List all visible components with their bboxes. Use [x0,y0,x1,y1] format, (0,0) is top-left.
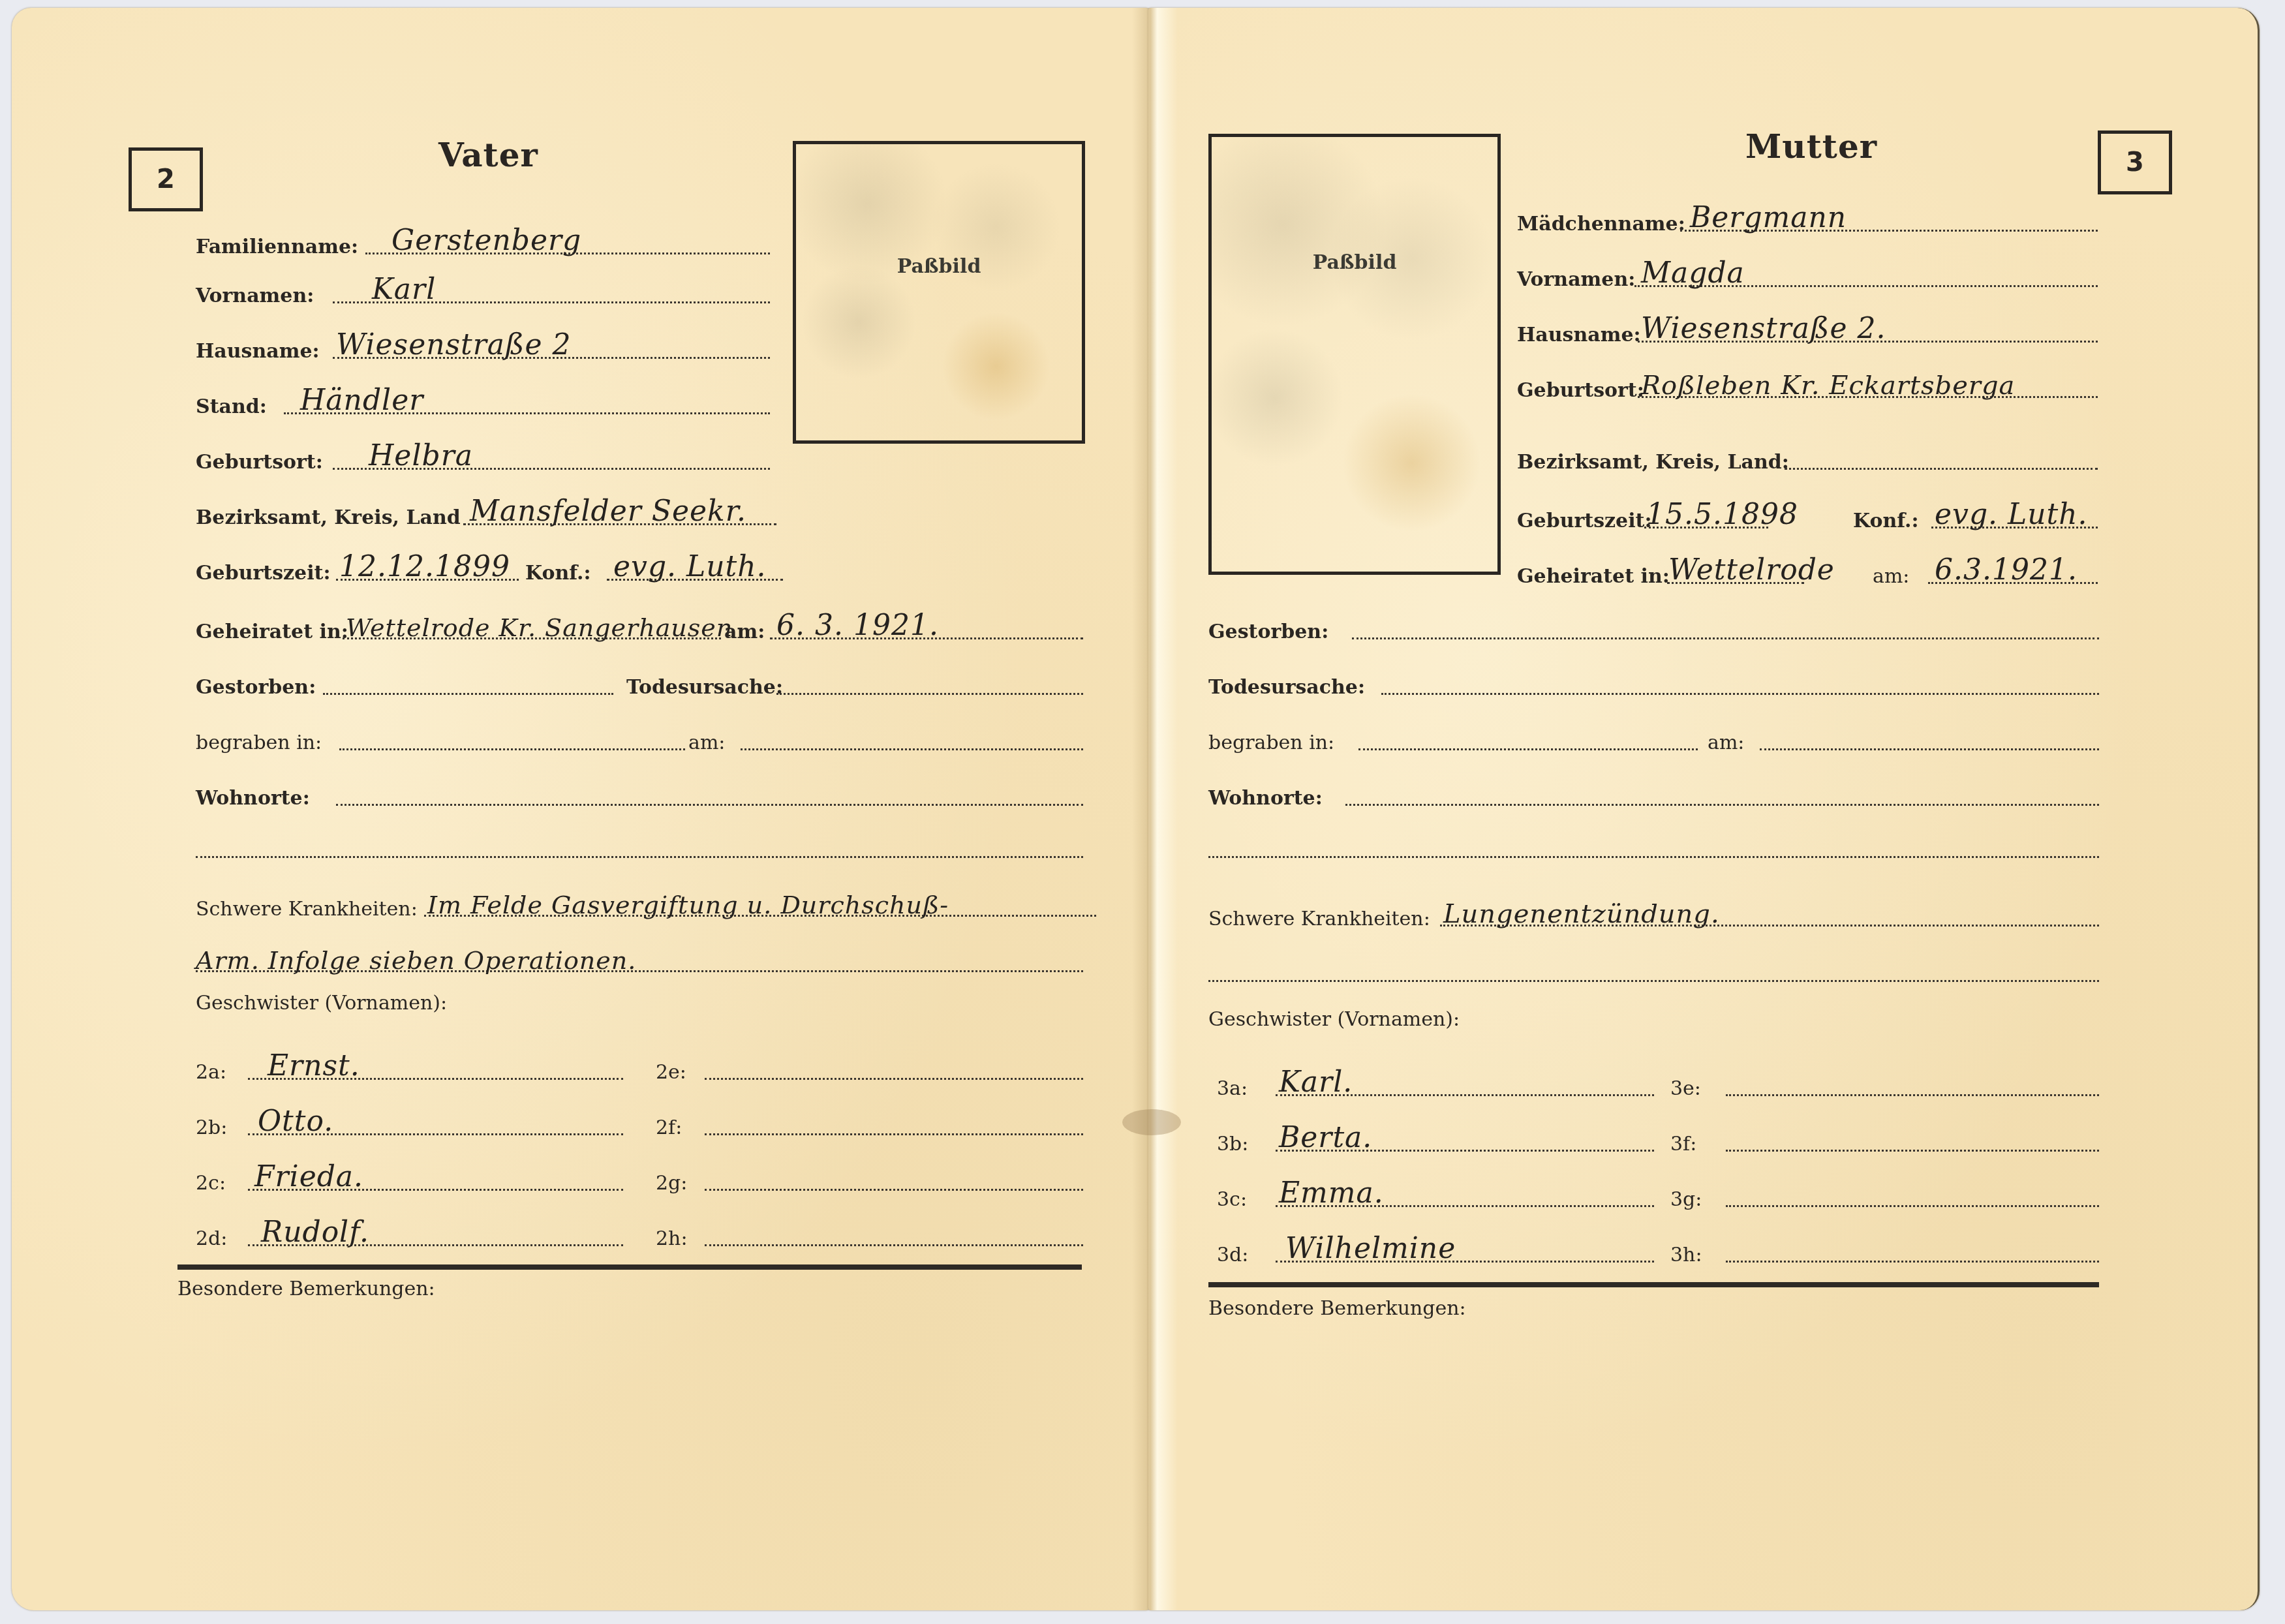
sibling-label: 2a: [196,1061,226,1084]
sibling-2b: 2b: Otto. 2f: [196,1103,1083,1142]
passport-photo-label: Paßbild [796,255,1082,278]
geburtsort-label: Geburtsort: [1517,379,1644,402]
wohnorte-label: Wohnorte: [1208,787,1323,810]
page-number: 3 [2126,147,2144,177]
vornamen-label: Vornamen: [1517,268,1635,291]
field-begraben: begraben in: am: [196,718,1083,757]
passport-photo-label: Paßbild [1212,251,1497,274]
page-number: 2 [157,164,175,194]
field-krankheiten-line2 [1208,949,2099,988]
field-maedchenname: Mädchenname: Bergmann [1517,199,2098,238]
sibling-label: 2f: [656,1116,682,1139]
gestorben-label: Gestorben: [1208,620,1328,643]
remarks-label: Besondere Bemerkungen: [177,1278,435,1300]
sibling-3d: 3d: Wilhelmine 3h: [1217,1230,2099,1269]
hausname-value[interactable]: Wiesenstraße 2 [336,328,571,361]
begraben-in-line [1358,748,1698,750]
field-geburtsort: Geburtsort: Helbra [196,437,770,476]
sibling-label: 2b: [196,1116,227,1139]
sibling-label: 2c: [196,1172,226,1195]
field-hausname: Hausname: Wiesenstraße 2 [196,326,770,365]
vornamen-value[interactable]: Karl [372,273,436,306]
sibling-label: 3b: [1217,1133,1248,1156]
sibling-line [705,1078,1083,1080]
begraben-am-line [1760,748,2099,750]
sibling-3b: 3b: Berta. 3f: [1217,1119,2099,1158]
sibling-line [705,1189,1083,1191]
sibling-2a: 2a: Ernst. 2e: [196,1047,1083,1086]
sibling-value[interactable]: Karl. [1279,1065,1353,1099]
krankheiten-value-line2[interactable]: Arm. Infolge sieben Operationen. [196,946,636,975]
sibling-label: 3g: [1670,1188,1702,1211]
field-krankheiten: Schwere Krankheiten: Im Felde Gasvergift… [196,884,1096,923]
todesursache-line [1381,693,2099,695]
begraben-in-line [339,748,685,750]
sibling-3a: 3a: Karl. 3e: [1217,1064,2099,1103]
gestorben-line [1352,637,2099,639]
todesursache-label: Todesursache: [1208,676,1365,699]
sibling-label: 3c: [1217,1188,1247,1211]
field-hausname: Hausname: Wiesenstraße 2. [1517,310,2098,349]
wohnorte-line [336,804,1083,806]
konf-label: Konf.: [525,562,591,585]
gestorben-line [323,693,613,695]
begraben-in-label: begraben in: [1208,731,1334,754]
begraben-am-label: am: [1708,731,1744,754]
field-vornamen: Vornamen: Karl [196,271,770,310]
geburtszeit-label: Geburtszeit: [196,562,331,585]
konf-label: Konf.: [1853,510,1919,532]
familienname-value[interactable]: Gerstenberg [391,224,581,257]
sibling-label: 3h: [1670,1244,1702,1266]
konf-value[interactable]: evg. Luth. [613,550,767,583]
geburtszeit-value[interactable]: 12.12.1899 [339,550,510,583]
sibling-label: 2h: [656,1227,688,1250]
section-title-mutter: Mutter [1745,127,1877,166]
sibling-value[interactable]: Berta. [1279,1121,1372,1154]
sibling-3c: 3c: Emma. 3g: [1217,1174,2099,1214]
maedchenname-label: Mädchenname: [1517,213,1685,236]
krankheiten-line-2 [1208,980,2099,982]
section-divider-rule [1208,1282,2099,1287]
krankheiten-label: Schwere Krankheiten: [1208,908,1430,930]
sibling-value[interactable]: Rudolf. [261,1216,369,1249]
geheiratet-in-label: Geheiratet in: [196,620,348,643]
field-bezirksamt: Bezirksamt, Kreis, Land: [1517,437,2098,476]
sibling-label: 3d: [1217,1244,1248,1266]
krankheiten-value-line1[interactable]: Lungenentzündung. [1443,899,1720,929]
geheiratet-in-value[interactable]: Wettelrode [1668,553,1835,587]
krankheiten-value-line1[interactable]: Im Felde Gasvergiftung u. Durchschuß- [427,891,949,919]
field-krankheiten-line2: Arm. Infolge sieben Operationen. [196,940,1083,979]
begraben-am-label: am: [688,731,725,754]
page-number-box: 2 [129,147,203,211]
wohnorte-line [1345,804,2099,806]
sibling-2d: 2d: Rudolf. 2h: [196,1214,1083,1253]
vornamen-value[interactable]: Magda [1641,256,1745,290]
sibling-label: 2e: [656,1061,686,1084]
geburtsort-value[interactable]: Helbra [369,439,473,472]
geheiratet-am-label: am: [1873,565,1909,588]
geburtsort-label: Geburtsort: [196,451,323,474]
field-todesursache: Todesursache: [1208,662,2099,701]
bezirksamt-label: Bezirksamt, Kreis, Land [196,506,461,529]
field-geburtszeit: Geburtszeit: 15.5.1898 Konf.: evg. Luth. [1517,496,2098,535]
stand-label: Stand: [196,395,267,418]
sibling-line [1726,1150,2099,1152]
sibling-label: 3a: [1217,1077,1248,1100]
remarks-label: Besondere Bemerkungen: [1208,1297,1466,1320]
sibling-label: 2g: [656,1172,687,1195]
sibling-line [705,1133,1083,1135]
hausname-label: Hausname: [196,340,320,363]
sibling-line [1726,1261,2099,1263]
krankheiten-label: Schwere Krankheiten: [196,898,418,921]
field-geburtszeit: Geburtszeit: 12.12.1899 Konf.: evg. Luth… [196,548,783,587]
bezirksamt-label: Bezirksamt, Kreis, Land: [1517,451,1789,474]
page-number-box: 3 [2098,130,2172,194]
passport-photo-box: Paßbild [793,141,1085,444]
sibling-line [1726,1094,2099,1096]
wohnorte-label: Wohnorte: [196,787,310,810]
sibling-line [1726,1205,2099,1207]
vornamen-label: Vornamen: [196,284,314,307]
sibling-label: 3e: [1670,1077,1701,1100]
geheiratet-am-value[interactable]: 6. 3. 1921. [776,609,939,642]
geburtszeit-value[interactable]: 15.5.1898 [1646,498,1798,531]
wohnorte-line-2 [1208,856,2099,858]
field-geburtsort: Geburtsort: Roßleben Kr. Eckartsberga [1517,365,2098,405]
bezirksamt-line [1785,468,2098,470]
geburtszeit-label: Geburtszeit: [1517,510,1652,532]
field-begraben: begraben in: am: [1208,718,2099,757]
field-familienname: Familienname: Gerstenberg [196,222,770,261]
sibling-value[interactable]: Wilhelmine [1285,1232,1456,1265]
wohnorte-line-2 [196,856,1083,858]
field-wohnorte: Wohnorte: [196,773,1083,812]
sibling-line [705,1244,1083,1246]
geheiratet-in-label: Geheiratet in: [1517,565,1670,588]
stand-value[interactable]: Händler [300,384,423,417]
todesursache-line [776,693,1083,695]
passport-photo-box: Paßbild [1208,134,1501,575]
field-krankheiten: Schwere Krankheiten: Lungenentzündung. [1208,894,2099,933]
geschwister-label: Geschwister (Vornamen): [196,992,447,1015]
field-bezirksamt: Bezirksamt, Kreis, Land Mansfelder Seekr… [196,493,776,532]
todesursache-label: Todesursache: [626,676,783,699]
field-stand: Stand: Händler [196,382,770,421]
field-wohnorte-line2 [196,825,1083,865]
hausname-label: Hausname: [1517,324,1641,346]
field-vornamen: Vornamen: Magda [1517,254,2098,294]
field-gestorben: Gestorben: Todesursache: [196,662,1083,701]
field-geheiratet: Geheiratet in: Wettelrode am: 6.3.1921. [1517,551,2098,590]
geheiratet-am-label: am: [724,620,765,643]
remarks-area[interactable] [1208,1325,2099,1520]
geheiratet-in-value[interactable]: Wettelrode Kr. Sangerhausen [346,613,733,642]
geburtsort-value[interactable]: Roßleben Kr. Eckartsberga [1641,371,2015,401]
konf-value[interactable]: evg. Luth. [1935,498,2088,531]
gestorben-label: Gestorben: [196,676,316,699]
sibling-value[interactable]: Frieda. [254,1160,363,1193]
familienname-label: Familienname: [196,236,358,258]
begraben-am-line [741,748,1083,750]
hausname-value[interactable]: Wiesenstraße 2. [1641,312,1886,345]
sibling-label: 3f: [1670,1133,1696,1156]
remarks-area[interactable] [177,1305,1082,1501]
field-wohnorte-line2 [1208,825,2099,865]
book-spine-fold [1132,8,1178,1610]
sibling-value[interactable]: Ernst. [268,1049,360,1082]
section-divider-rule [177,1264,1082,1270]
geheiratet-am-value[interactable]: 6.3.1921. [1935,553,2078,587]
field-geheiratet: Geheiratet in: Wettelrode Kr. Sangerhaus… [196,607,1083,646]
sibling-2c: 2c: Frieda. 2g: [196,1158,1083,1197]
bezirksamt-value[interactable]: Mansfelder Seekr. [470,495,746,528]
field-wohnorte: Wohnorte: [1208,773,2099,812]
geschwister-label: Geschwister (Vornamen): [1208,1008,1460,1031]
begraben-in-label: begraben in: [196,731,322,754]
maedchenname-value[interactable]: Bergmann [1690,201,1847,234]
sibling-label: 2d: [196,1227,227,1250]
sibling-value[interactable]: Otto. [258,1105,333,1138]
sibling-value[interactable]: Emma. [1279,1176,1384,1210]
field-gestorben: Gestorben: [1208,607,2099,646]
section-title-vater: Vater [438,136,538,174]
